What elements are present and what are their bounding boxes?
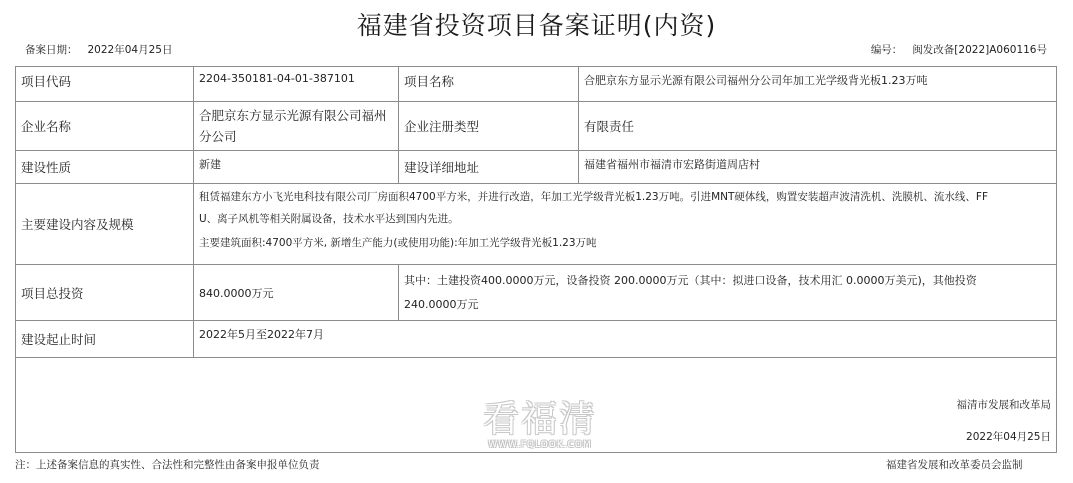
total-investment-value: 840.0000万元	[194, 265, 399, 321]
address-value: 福建省福州市福清市宏路街道周店村	[579, 151, 1056, 184]
scope-value: 租赁福建东方小飞光电科技有限公司厂房面积4700平方米，并进行改造，年加工光学级…	[194, 184, 1056, 265]
issue-date: 2022年04月25日	[966, 429, 1051, 444]
investment-breakdown: 其中：土建投资400.0000万元，设备投资 200.0000万元（其中：拟进口…	[399, 265, 1056, 321]
company-name-line2: 分公司	[199, 126, 237, 147]
company-name-value: 合肥京东方显示光源有限公司福州 分公司	[194, 102, 399, 151]
filing-number-label: 编号：	[871, 44, 903, 56]
scope-line-3: 主要建筑面积:4700平方米, 新增生产能力(或使用功能):年加工光学级背光板1…	[199, 232, 1056, 254]
filing-date-value: 2022年04月25日	[88, 44, 173, 56]
investment-breakdown-line2: 240.0000万元	[404, 293, 479, 317]
address-label: 建设详细地址	[399, 151, 579, 184]
filing-date-label: 备案日期：	[25, 44, 78, 56]
company-name-label: 企业名称	[16, 102, 194, 151]
project-name-value: 合肥京东方显示光源有限公司福州分公司年加工光学级背光板1.23万吨	[579, 67, 1056, 102]
project-name-label: 项目名称	[399, 67, 579, 102]
disclaimer-note: 注：上述备案信息的真实性、合法性和完整性由备案申报单位负责	[15, 457, 320, 472]
page-title: 福建省投资项目备案证明(内资)	[0, 6, 1073, 42]
company-type-label: 企业注册类型	[399, 102, 579, 151]
filing-number-value: 闽发改备[2022]A060116号	[912, 44, 1047, 56]
project-code-label: 项目代码	[16, 67, 194, 102]
construction-nature-label: 建设性质	[16, 151, 194, 184]
period-label: 建设起止时间	[16, 321, 194, 358]
company-type-value: 有限责任	[579, 102, 1056, 151]
supervisor-note: 福建省发展和改革委员会监制	[886, 457, 1023, 472]
scope-line-2: U、离子风机等相关附属设备，技术水平达到国内先进。	[199, 208, 1056, 230]
scope-label: 主要建设内容及规模	[16, 184, 194, 265]
scope-line-1: 租赁福建东方小飞光电科技有限公司厂房面积4700平方米，并进行改造，年加工光学级…	[199, 186, 1056, 208]
period-value: 2022年5月至2022年7月	[194, 321, 1056, 358]
issuer: 福清市发展和改革局	[957, 397, 1052, 412]
company-name-line1: 合肥京东方显示光源有限公司福州	[199, 105, 387, 126]
construction-nature-value: 新建	[194, 151, 399, 184]
filing-table: 项目代码 2204-350181-04-01-387101 项目名称 合肥京东方…	[15, 66, 1057, 453]
investment-breakdown-line1: 其中：土建投资400.0000万元，设备投资 200.0000万元（其中：拟进口…	[404, 269, 977, 293]
project-code-value: 2204-350181-04-01-387101	[194, 67, 399, 102]
filing-date: 备案日期：2022年04月25日	[25, 42, 172, 57]
filing-number: 编号：闽发改备[2022]A060116号	[871, 42, 1047, 57]
total-investment-label: 项目总投资	[16, 265, 194, 321]
